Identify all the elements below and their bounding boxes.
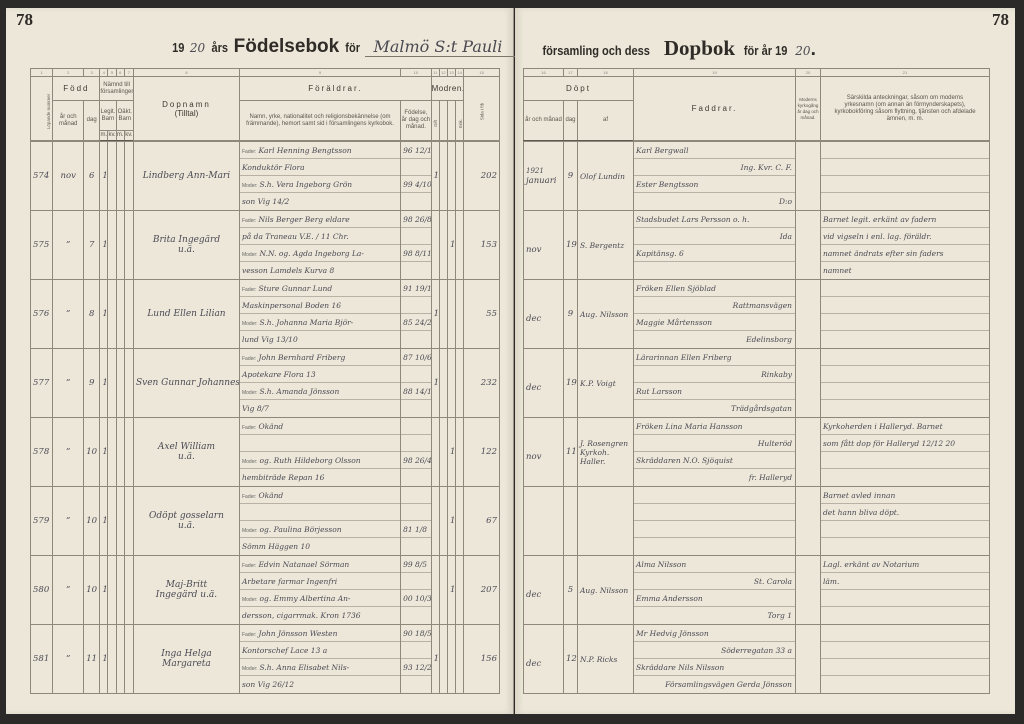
notes-cell — [821, 625, 990, 694]
page-reference: 67 — [464, 487, 500, 556]
baptism-entry-row: nov11J. Rosengren Kyrkoh. Haller.Fröken … — [524, 418, 990, 487]
baptismal-name: Inga HelgaMargareta — [133, 625, 239, 694]
birth-day: 8 — [84, 280, 100, 349]
legit-male: 1 — [100, 211, 108, 280]
mother-married: 1 — [431, 349, 439, 418]
baptismal-name: Axel Williamu.ä. — [133, 418, 239, 487]
parents-birthdates: 91 19/1185 24/2 — [401, 280, 432, 349]
parents-birthdates: 98 26/898 8/11 — [401, 211, 432, 280]
mother-churching — [796, 142, 821, 211]
mother-line: Moder:S.h. Johanna Maria Björ- — [240, 314, 400, 331]
mother-married — [431, 418, 439, 487]
sponsors-cell: Mr Hedvig JönssonSöderregatan 33 aSkrädd… — [634, 625, 796, 694]
mother-churching — [796, 556, 821, 625]
mother-line: Moder:S.h. Vera Ingeborg Grön — [240, 176, 400, 193]
mother-churching — [796, 625, 821, 694]
mother-churching — [796, 211, 821, 280]
entry-number: 581 — [31, 625, 53, 694]
header-dopnamn: Dopnamn(Tilltal) — [133, 77, 239, 141]
baptism-day: 12 — [564, 625, 578, 694]
parents-birthdates: 99 8/500 10/3 — [401, 556, 432, 625]
entry-number: 576 — [31, 280, 53, 349]
header-dopt-by: af — [578, 101, 634, 141]
baptism-register-table: 161718 192021 Döpt Faddrar. Moderns kyrk… — [523, 68, 990, 141]
birth-month: ” — [53, 280, 84, 349]
parents-cell: Fader:Karl Henning BengtssonKonduktör Fl… — [239, 142, 400, 211]
baptized-by: Olof Lundin — [578, 142, 634, 211]
book-title: Dopbok — [664, 36, 735, 60]
header-fodelse: Födelse, år dag och månad. — [401, 101, 432, 141]
page-title: 19 20 års Födelsebok för Malmö S:t Pauli — [171, 36, 535, 58]
mother-line: Moder:N.N. og. Agda Ingeborg La- — [240, 245, 400, 262]
birth-entry-row: 576”81Lund Ellen LilianFader:Sture Gunna… — [31, 280, 500, 349]
mother-churching — [796, 418, 821, 487]
baptism-month — [524, 487, 564, 556]
page-reference: 153 — [464, 211, 500, 280]
entry-number: 577 — [31, 349, 53, 418]
sponsors-cell: Karl BergwallIng. Kvr. C. F.Ester Bengts… — [634, 142, 796, 211]
mother-unmarried: 1 — [447, 556, 455, 625]
legit-male: 1 — [100, 142, 108, 211]
mother-married — [431, 211, 439, 280]
birth-entries-table: 574nov61Lindberg Ann-MariFader:Karl Henn… — [30, 141, 500, 694]
column-number-row: 123 4567 8910 11121314 15 — [31, 69, 500, 77]
birth-day: 10 — [84, 418, 100, 487]
birth-entry-row: 579”101Odöpt gosselarnu.ä.Fader:OkändMod… — [31, 487, 500, 556]
baptism-entry-row: dec12N.P. RicksMr Hedvig JönssonSöderreg… — [524, 625, 990, 694]
baptism-entry-row: dec19K.P. VoigtLärarinnan Ellen FribergR… — [524, 349, 990, 418]
baptism-month: dec — [524, 280, 564, 349]
left-page-fodelsebok: 78 19 20 års Födelsebok för Malmö S:t Pa… — [6, 8, 514, 714]
parents-birthdates: 98 26/4 — [401, 418, 432, 487]
header-fodd: Född — [53, 77, 100, 101]
notes-cell: Lagl. erkänt av Notariumläm. — [821, 556, 990, 625]
mother-unmarried — [447, 625, 455, 694]
birth-entry-row: 574nov61Lindberg Ann-MariFader:Karl Henn… — [31, 142, 500, 211]
page-title: församling och dess Dopbok för år 19 20. — [533, 36, 816, 61]
header-modren: Modren. — [431, 77, 464, 101]
birth-entry-row: 581”111Inga HelgaMargaretaFader:John Jön… — [31, 625, 500, 694]
page-reference: 202 — [464, 142, 500, 211]
header-dopt-month: år och månad — [524, 101, 564, 141]
legit-male: 1 — [100, 556, 108, 625]
header-oakta: Oäkt. Barn — [116, 101, 133, 131]
page-reference: 232 — [464, 349, 500, 418]
birth-month: ” — [53, 349, 84, 418]
mother-churching — [796, 280, 821, 349]
page-reference: 122 — [464, 418, 500, 487]
legit-male: 1 — [100, 349, 108, 418]
mother-churching — [796, 349, 821, 418]
father-line: Fader:John Jönsson Westen — [240, 625, 400, 642]
page-reference: 55 — [464, 280, 500, 349]
mother-married — [431, 556, 439, 625]
parents-cell: Fader:Nils Berger Berg eldarepå da Trane… — [239, 211, 400, 280]
father-line: Fader:John Bernhard Friberg — [240, 349, 400, 366]
birth-day: 10 — [84, 556, 100, 625]
sponsors-cell: Lärarinnan Ellen FribergRinkabyRut Larss… — [634, 349, 796, 418]
title-year-handwritten: 20 — [795, 44, 810, 58]
sponsors-cell: Fröken Ellen SjöbladRattmansvägenMaggie … — [634, 280, 796, 349]
notes-cell — [821, 349, 990, 418]
mother-unmarried: 1 — [447, 211, 455, 280]
header-faddrar: Faddrar. — [634, 77, 796, 141]
baptism-day: 9 — [564, 280, 578, 349]
birth-register-table: 123 4567 8910 11121314 15 Löpande nummer… — [30, 68, 500, 141]
header-legit: Legit. Barn — [100, 101, 116, 131]
baptism-entry-row: nov19S. BergentzStadsbudet Lars Persson … — [524, 211, 990, 280]
baptismal-name: Lund Ellen Lilian — [133, 280, 239, 349]
header-anmarkningar: Särskilda anteckningar, såsom om moderns… — [821, 77, 990, 141]
notes-cell: Kyrkoherden i Halleryd. Barnetsom fått d… — [821, 418, 990, 487]
parents-birthdates: 87 10/688 14/1 — [401, 349, 432, 418]
parish-name-handwritten: Malmö S:t Pauli — [365, 37, 535, 57]
baptism-day: 5 — [564, 556, 578, 625]
legit-male: 1 — [100, 625, 108, 694]
baptism-month: nov — [524, 418, 564, 487]
baptism-day: 19 — [564, 349, 578, 418]
baptismal-name: Odöpt gosselarnu.ä. — [133, 487, 239, 556]
birth-month: ” — [53, 625, 84, 694]
mother-line: Moder:og. Ruth Hildeborg Olsson — [240, 452, 400, 469]
birth-day: 7 — [84, 211, 100, 280]
mother-unmarried — [447, 142, 455, 211]
header-dopt: Döpt — [524, 77, 634, 101]
baptism-entry-row: dec9Aug. NilssonFröken Ellen SjöbladRatt… — [524, 280, 990, 349]
entry-number: 580 — [31, 556, 53, 625]
baptized-by: Aug. Nilsson — [578, 556, 634, 625]
father-line: Fader:Karl Henning Bengtsson — [240, 142, 400, 159]
baptismal-name: Lindberg Ann-Mari — [133, 142, 239, 211]
birth-day: 10 — [84, 487, 100, 556]
baptism-day — [564, 487, 578, 556]
baptism-month: dec — [524, 349, 564, 418]
parents-birthdates: 81 1/8 — [401, 487, 432, 556]
legit-male: 1 — [100, 280, 108, 349]
sponsors-cell: Alma NilssonSt. CarolaEmma AnderssonTorg… — [634, 556, 796, 625]
notes-cell: Barnet legit. erkänt av fadernvid vigsel… — [821, 211, 990, 280]
father-line: Fader:Okänd — [240, 487, 400, 504]
mother-unmarried — [447, 280, 455, 349]
header-foraldrar-sub: Namn, yrke, nationalitet och religionsbe… — [239, 101, 400, 141]
baptism-entry-row: dec5Aug. NilssonAlma NilssonSt. CarolaEm… — [524, 556, 990, 625]
mother-line: Moder:S.h. Amanda Jönsson — [240, 383, 400, 400]
legit-male: 1 — [100, 487, 108, 556]
mother-line: Moder:og. Emmy Albertina An- — [240, 590, 400, 607]
right-page-dopbok: 78 församling och dess Dopbok för år 19 … — [515, 8, 1015, 714]
mother-married: 1 — [431, 142, 439, 211]
baptism-entry-row: 1921januari9Olof LundinKarl BergwallIng.… — [524, 142, 990, 211]
entry-number: 579 — [31, 487, 53, 556]
legit-male: 1 — [100, 418, 108, 487]
mother-line: Moder:S.h. Anna Elisabet Nils- — [240, 659, 400, 676]
birth-month: ” — [53, 487, 84, 556]
baptized-by: J. Rosengren Kyrkoh. Haller. — [578, 418, 634, 487]
father-line: Fader:Sture Gunnar Lund — [240, 280, 400, 297]
mother-unmarried — [447, 349, 455, 418]
page-reference: 207 — [464, 556, 500, 625]
parents-cell: Fader:John Jönsson WestenKontorschef Lac… — [239, 625, 400, 694]
header-dopt-day: dag — [564, 101, 578, 141]
mother-unmarried: 1 — [447, 418, 455, 487]
book-title: Födelsebok — [234, 36, 340, 57]
baptism-day: 11 — [564, 418, 578, 487]
baptized-by: Aug. Nilsson — [578, 280, 634, 349]
baptismal-name: Maj-BrittIngegärd u.ä. — [133, 556, 239, 625]
baptized-by: S. Bergentz — [578, 211, 634, 280]
birth-month: ” — [53, 556, 84, 625]
father-line: Fader:Okänd — [240, 418, 400, 435]
header-fodd-day: dag — [84, 101, 100, 141]
baptized-by — [578, 487, 634, 556]
entry-number: 575 — [31, 211, 53, 280]
sponsors-cell: Fröken Lina Maria HanssonHulterödSkrädda… — [634, 418, 796, 487]
baptism-month: 1921januari — [524, 142, 564, 211]
baptism-day: 19 — [564, 211, 578, 280]
baptism-month: nov — [524, 211, 564, 280]
page-reference: 156 — [464, 625, 500, 694]
baptismal-name: Brita Ingegärdu.ä. — [133, 211, 239, 280]
baptism-entries-table: 1921januari9Olof LundinKarl BergwallIng.… — [523, 141, 990, 694]
sponsors-cell — [634, 487, 796, 556]
notes-cell — [821, 142, 990, 211]
parents-birthdates: 90 18/593 12/2 — [401, 625, 432, 694]
birth-entry-row: 578”101Axel Williamu.ä.Fader:OkändModer:… — [31, 418, 500, 487]
baptism-entry-row: Barnet avled innandet hann bliva döpt. — [524, 487, 990, 556]
mother-married: 1 — [431, 625, 439, 694]
baptism-day: 9 — [564, 142, 578, 211]
baptized-by: K.P. Voigt — [578, 349, 634, 418]
header-lopnummer: Löpande nummer — [31, 77, 53, 141]
birth-month: ” — [53, 418, 84, 487]
parents-cell: Fader:OkändModer:og. Ruth Hildeborg Olss… — [239, 418, 400, 487]
birth-day: 11 — [84, 625, 100, 694]
page-number: 78 — [16, 10, 33, 30]
header-kyrkogang: Moderns kyrkogång år dag och månad. — [796, 77, 821, 141]
baptism-month: dec — [524, 625, 564, 694]
header-col15: Sida i ftb — [464, 77, 500, 141]
page-number: 78 — [992, 10, 1009, 30]
birth-month: ” — [53, 211, 84, 280]
header-namnd: Nämnd till församlingen — [100, 77, 134, 101]
baptism-month: dec — [524, 556, 564, 625]
birth-entry-row: 575”71Brita Ingegärdu.ä.Fader:Nils Berge… — [31, 211, 500, 280]
mother-married: 1 — [431, 280, 439, 349]
mother-married — [431, 487, 439, 556]
father-line: Fader:Edvin Natanael Sörman — [240, 556, 400, 573]
header-fodd-month: år och månad — [53, 101, 84, 141]
baptized-by: N.P. Ricks — [578, 625, 634, 694]
title-year-handwritten: 20 — [190, 41, 205, 55]
sponsors-cell: Stadsbudet Lars Persson o. h.IdaKapitäns… — [634, 211, 796, 280]
parents-cell: Fader:OkändModer:og. Paulina BörjessonSö… — [239, 487, 400, 556]
birth-day: 6 — [84, 142, 100, 211]
entry-number: 574 — [31, 142, 53, 211]
mother-churching — [796, 487, 821, 556]
entry-number: 578 — [31, 418, 53, 487]
father-line: Fader:Nils Berger Berg eldare — [240, 211, 400, 228]
mother-unmarried: 1 — [447, 487, 455, 556]
parents-birthdates: 96 12/1199 4/10 — [401, 142, 432, 211]
birth-entry-row: 577”91Sven Gunnar JohannesFader:John Ber… — [31, 349, 500, 418]
notes-cell — [821, 280, 990, 349]
parents-cell: Fader:Edvin Natanael SörmanArbetare farm… — [239, 556, 400, 625]
birth-month: nov — [53, 142, 84, 211]
birth-entry-row: 580”101Maj-BrittIngegärd u.ä.Fader:Edvin… — [31, 556, 500, 625]
parents-cell: Fader:John Bernhard FribergApotekare Flo… — [239, 349, 400, 418]
birth-day: 9 — [84, 349, 100, 418]
mother-line: Moder:og. Paulina Börjesson — [240, 521, 400, 538]
baptismal-name: Sven Gunnar Johannes — [133, 349, 239, 418]
header-foraldrar: Föräldrar. — [239, 77, 431, 101]
parents-cell: Fader:Sture Gunnar LundMaskinpersonal Bo… — [239, 280, 400, 349]
notes-cell: Barnet avled innandet hann bliva döpt. — [821, 487, 990, 556]
